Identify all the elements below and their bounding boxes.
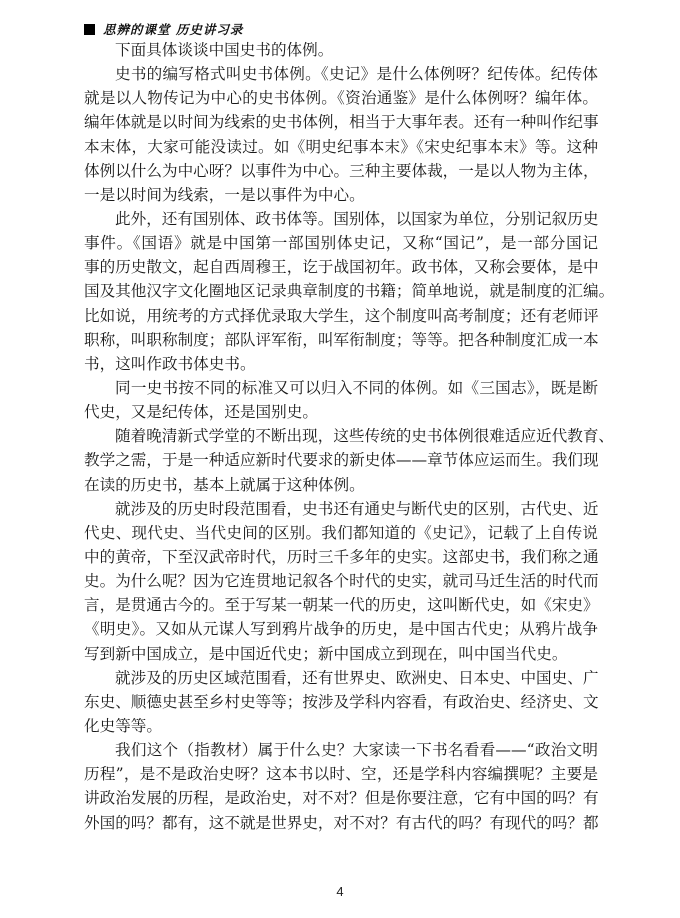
text-line: 代史，又是纪传体，还是国别史。 bbox=[84, 400, 598, 424]
text-line: 职称，叫职称制度；部队评军衔，叫军衔制度；等等。把各种制度汇成一本 bbox=[84, 328, 598, 352]
text-line: 《明史》。又如从元谋人写到鸦片战争的历史，是中国古代史；从鸦片战争 bbox=[84, 617, 598, 641]
text-line: 写到新中国成立，是中国近代史；新中国成立到现在，叫中国当代史。 bbox=[84, 642, 598, 666]
paragraph: 同一史书按不同的标准又可以归入不同的体例。如《三国志》，既是断代史，又是纪传体，… bbox=[84, 376, 598, 424]
text-line: 史书的编写格式叫史书体例。《史记》是什么体例呀？纪传体。纪传体 bbox=[84, 62, 598, 86]
text-line: 一是以时间为线索，一是以事件为中心。 bbox=[84, 183, 598, 207]
text-line: 言，是贯通古今的。至于写某一朝某一代的历史，这叫断代史，如《宋史》 bbox=[84, 593, 598, 617]
text-line: 中的黄帝，下至汉武帝时代，历时三千多年的史实。这部史书，我们称之通 bbox=[84, 545, 598, 569]
text-line: 我们这个（指教材）属于什么史？大家读一下书名看看——“政治文明 bbox=[84, 738, 598, 762]
paragraph: 下面具体谈谈中国史书的体例。 bbox=[84, 38, 598, 62]
paragraph: 随着晚清新式学堂的不断出现，这些传统的史书体例很难适应近代教育、教学之需，于是一… bbox=[84, 424, 598, 496]
text-line: 随着晚清新式学堂的不断出现，这些传统的史书体例很难适应近代教育、 bbox=[84, 424, 598, 448]
running-header: 思辨的课堂 历史讲习录 bbox=[84, 20, 243, 38]
text-line: 历程”，是不是政治史呀？这本书以时、空，还是学科内容编撰呢？主要是 bbox=[84, 762, 598, 786]
text-line: 东史、顺德史甚至乡村史等等；按涉及学科内容看，有政治史、经济史、文 bbox=[84, 690, 598, 714]
text-line: 事件。《国语》就是中国第一部国别体史记，又称“国记”，是一部分国记 bbox=[84, 231, 598, 255]
text-line: 教学之需，于是一种适应新时代要求的新史体——章节体应运而生。我们现 bbox=[84, 448, 598, 472]
page-number: 4 bbox=[0, 884, 680, 899]
text-line: 体例以什么为中心呀？以事件为中心。三种主要体裁，一是以人物为主体， bbox=[84, 159, 598, 183]
text-line: 就涉及的历史区域范围看，还有世界史、欧洲史、日本史、中国史、广 bbox=[84, 666, 598, 690]
text-line: 代史、现代史、当代史间的区别。我们都知道的《史记》，记载了上自传说 bbox=[84, 521, 598, 545]
text-line: 同一史书按不同的标准又可以归入不同的体例。如《三国志》，既是断 bbox=[84, 376, 598, 400]
text-line: 化史等等。 bbox=[84, 714, 598, 738]
text-line: 事的历史散文，起自西周穆王，讫于战国初年。政书体，又称会要体，是中 bbox=[84, 255, 598, 279]
paragraph: 此外，还有国别体、政书体等。国别体，以国家为单位，分别记叙历史事件。《国语》就是… bbox=[84, 207, 598, 376]
text-line: 本末体，大家可能没读过。如《明史纪事本末》《宋史纪事本末》等。这种 bbox=[84, 135, 598, 159]
text-line: 史。为什么呢？因为它连贯地记叙各个时代的史实，就司马迁生活的时代而 bbox=[84, 569, 598, 593]
text-line: 在读的历史书，基本上就属于这种体例。 bbox=[84, 473, 598, 497]
header-square-icon bbox=[84, 24, 95, 35]
paragraph: 就涉及的历史区域范围看，还有世界史、欧洲史、日本史、中国史、广东史、顺德史甚至乡… bbox=[84, 666, 598, 738]
text-line: 此外，还有国别体、政书体等。国别体，以国家为单位，分别记叙历史 bbox=[84, 207, 598, 231]
header-title: 思辨的课堂 历史讲习录 bbox=[103, 20, 243, 38]
text-line: 就涉及的历史时段范围看，史书还有通史与断代史的区别，古代史、近 bbox=[84, 497, 598, 521]
text-line: 讲政治发展的历程，是政治史，对不对？但是你要注意，它有中国的吗？有 bbox=[84, 786, 598, 810]
paragraph: 史书的编写格式叫史书体例。《史记》是什么体例呀？纪传体。纪传体就是以人物传记为中… bbox=[84, 62, 598, 207]
paragraph: 我们这个（指教材）属于什么史？大家读一下书名看看——“政治文明历程”，是不是政治… bbox=[84, 738, 598, 835]
paragraph: 就涉及的历史时段范围看，史书还有通史与断代史的区别，古代史、近代史、现代史、当代… bbox=[84, 497, 598, 666]
text-line: 下面具体谈谈中国史书的体例。 bbox=[84, 38, 598, 62]
text-line: 外国的吗？都有，这不就是世界史，对不对？有古代的吗？有现代的吗？都 bbox=[84, 811, 598, 835]
text-line: 书，这叫作政书体史书。 bbox=[84, 352, 598, 376]
text-line: 就是以人物传记为中心的史书体例。《资治通鉴》是什么体例呀？编年体。 bbox=[84, 86, 598, 110]
text-line: 比如说，用统考的方式择优录取大学生，这个制度叫高考制度；还有老师评 bbox=[84, 304, 598, 328]
page-body: 下面具体谈谈中国史书的体例。史书的编写格式叫史书体例。《史记》是什么体例呀？纪传… bbox=[84, 38, 598, 835]
text-line: 编年体就是以时间为线索的史书体例，相当于大事年表。还有一种叫作纪事 bbox=[84, 110, 598, 134]
text-line: 国及其他汉字文化圈地区记录典章制度的书籍；简单地说，就是制度的汇编。 bbox=[84, 279, 598, 303]
